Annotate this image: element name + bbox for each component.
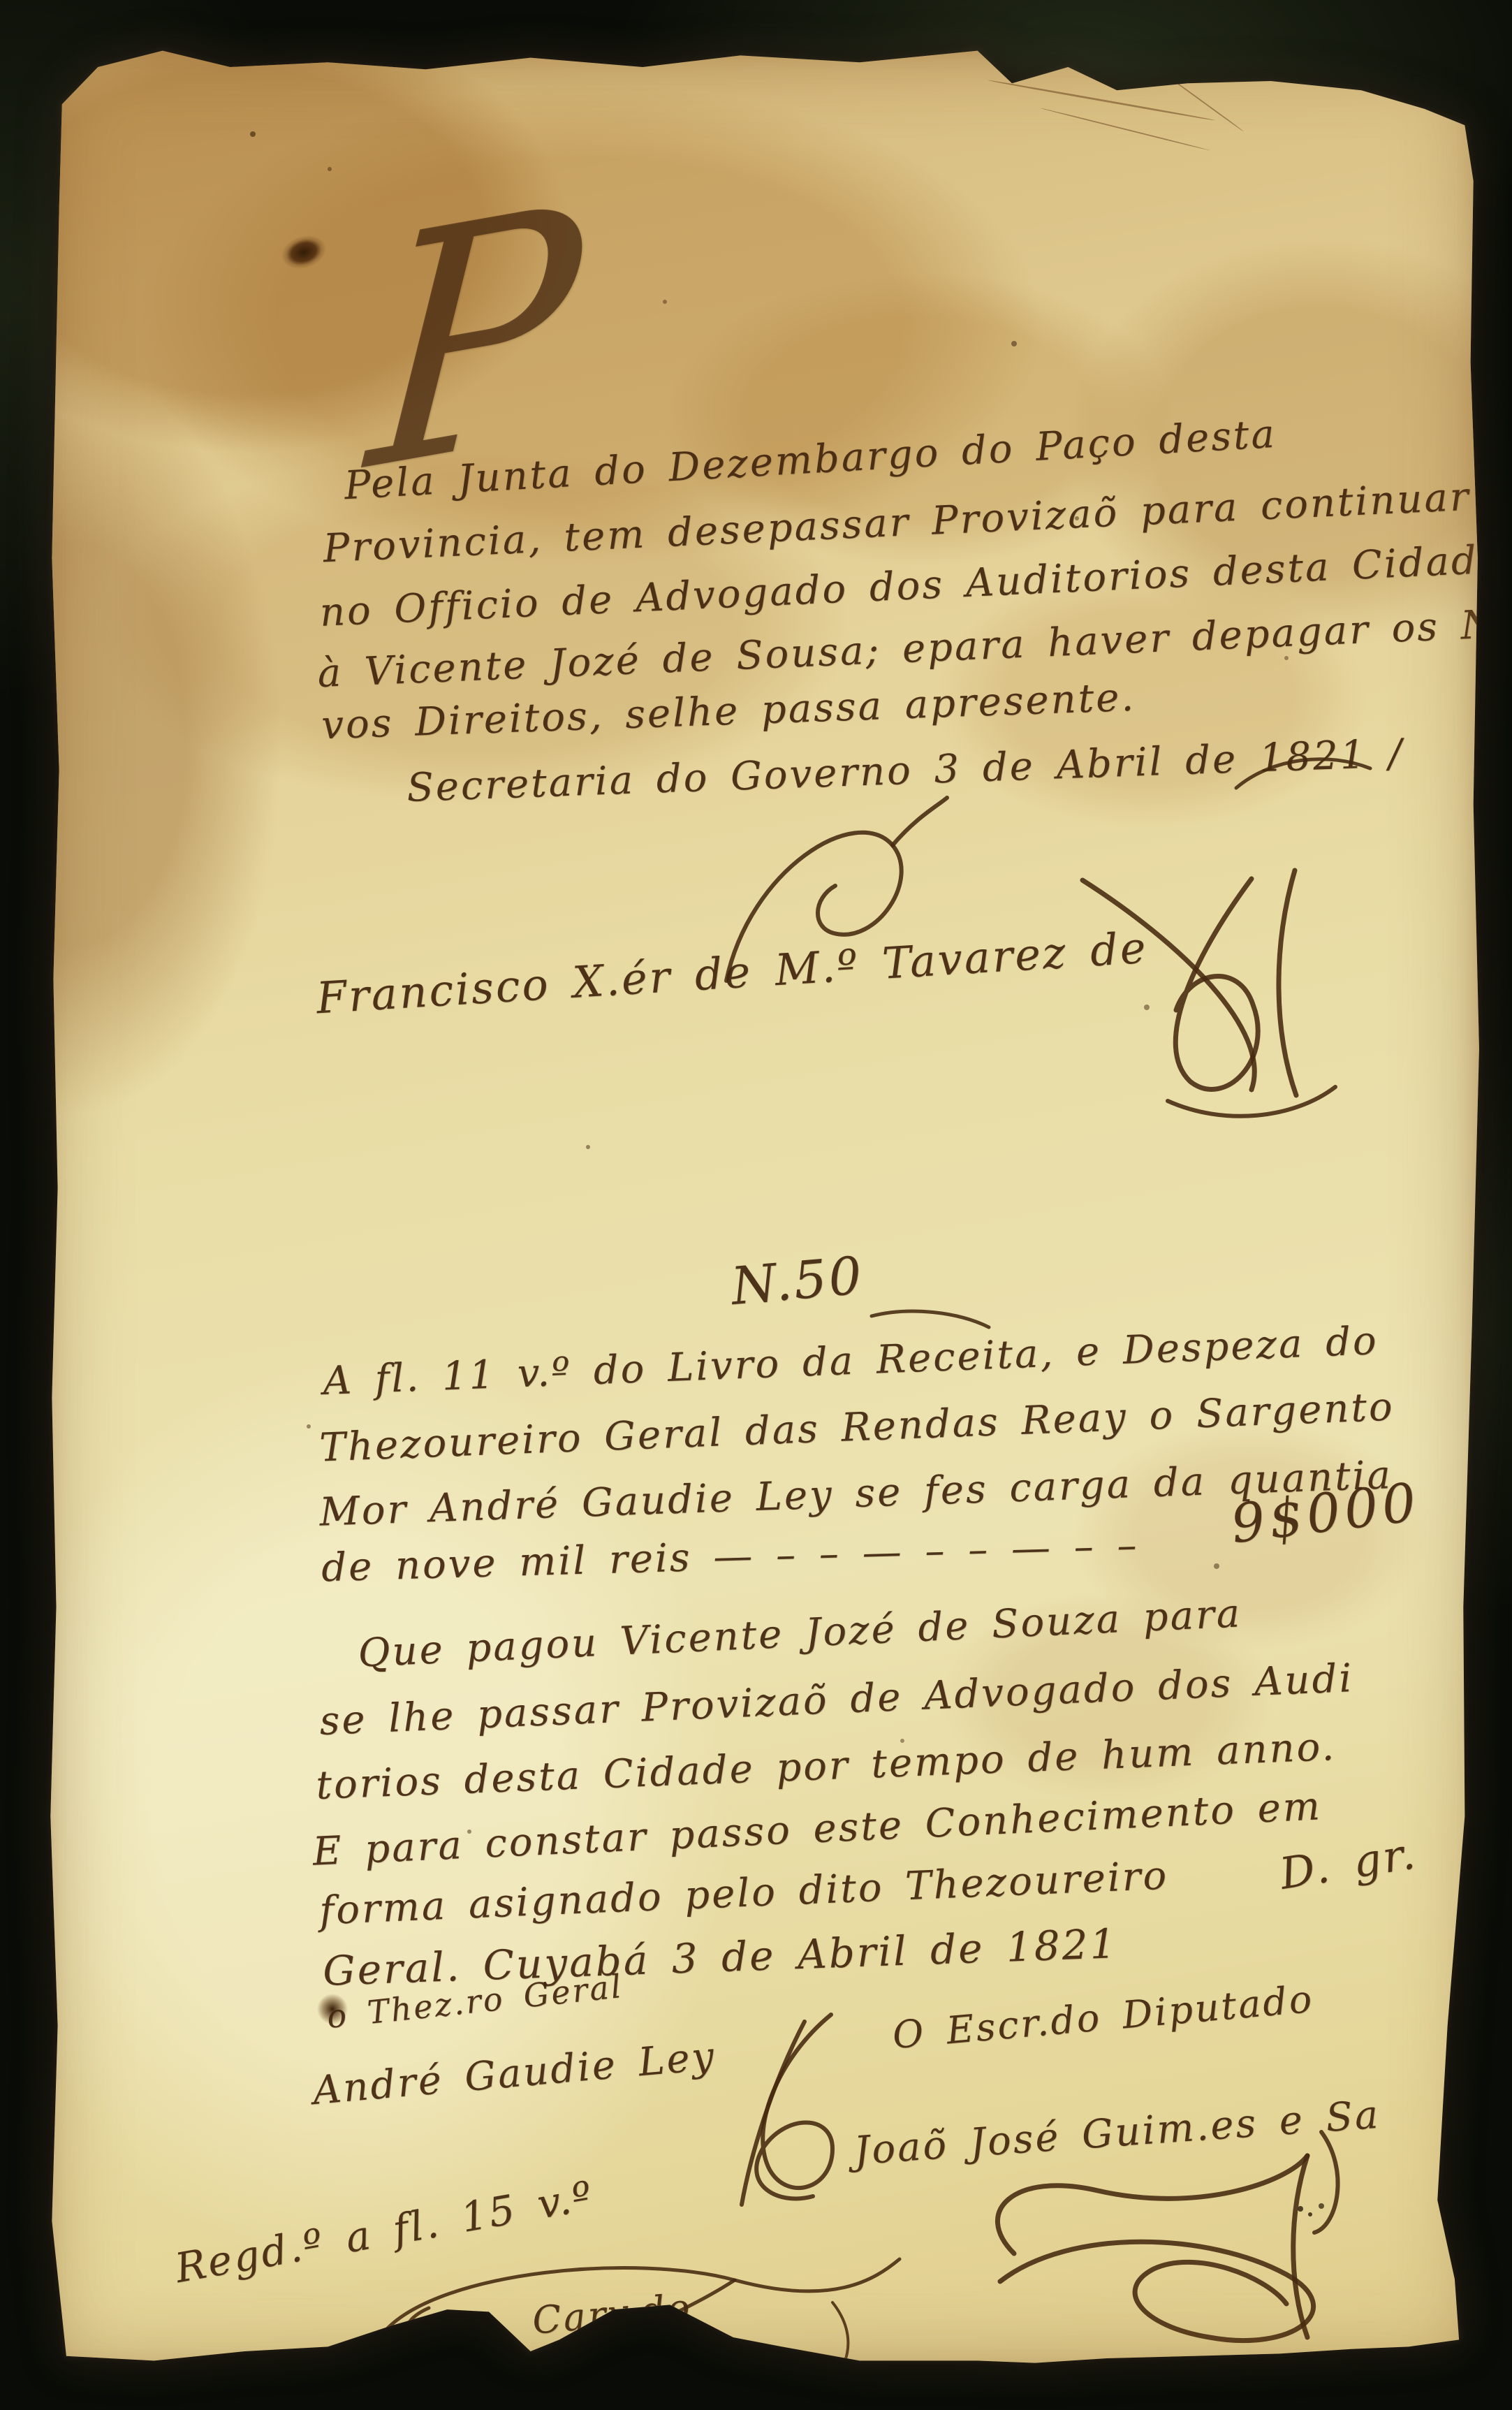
treasurer-rubric-flourish	[665, 2002, 860, 2212]
document-scan: P Pela Junta do Dezembargo do Paço desta…	[0, 0, 1512, 2410]
foxing-specks	[43, 46, 46, 49]
deputy-rubric-flourish	[958, 2128, 1363, 2358]
paper-sheet-wrap: P Pela Junta do Dezembargo do Paço desta…	[43, 46, 1481, 2372]
registrar-rubric-flourish	[344, 2240, 916, 2400]
receipt-number-swash	[867, 1297, 993, 1338]
paper-sheet: P Pela Junta do Dezembargo do Paço desta…	[43, 46, 1481, 2372]
payment-line: Que pagou Vicente Jozé de Souza para	[357, 1591, 1242, 1676]
secretary-rubric-flourish	[1042, 849, 1349, 1129]
receipt-number: N.50	[729, 1246, 866, 1317]
fold-crease	[1164, 73, 1244, 132]
payment-line: Geral. Cuyabá 3 de Abril de 1821	[322, 1920, 1118, 1995]
deputy-title: O Escr.do Diputado	[890, 1977, 1315, 2057]
ink-blot	[277, 230, 331, 275]
closing-abbreviation: D. gr.	[1277, 1827, 1421, 1899]
dateline-swash-flourish	[1231, 745, 1377, 801]
treasurer-signature: André Gaudie Ley	[311, 2033, 717, 2114]
receipt-entry-line: de nove mil reis — – – — – – — – –	[321, 1523, 1139, 1591]
